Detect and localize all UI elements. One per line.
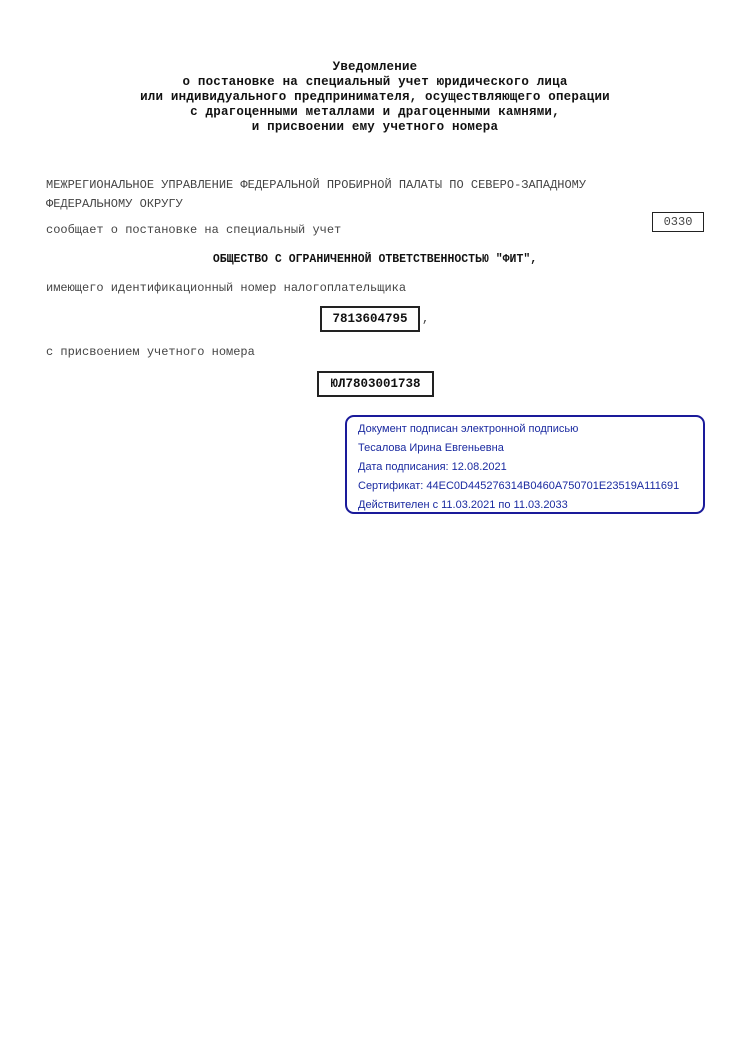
title-line: с драгоценными металлами и драгоценными … bbox=[0, 105, 750, 120]
company-name: ОБЩЕСТВО С ОГРАНИЧЕННОЙ ОТВЕТСТВЕННОСТЬЮ… bbox=[0, 253, 750, 266]
signature-heading: Документ подписан электронной подписью bbox=[358, 420, 703, 439]
signature-certificate: Сертификат: 44EC0D445276314B0460A750701E… bbox=[358, 477, 703, 496]
document-page: Уведомление о постановке на специальный … bbox=[0, 0, 750, 1060]
inn-suffix: , bbox=[422, 312, 429, 326]
notice-title: Уведомление о постановке на специальный … bbox=[0, 60, 750, 135]
title-line: и присвоении ему учетного номера bbox=[0, 120, 750, 135]
inn-box: 7813604795 bbox=[320, 306, 420, 332]
signature-validity: Действителен с 11.03.2021 по 11.03.2033 bbox=[358, 496, 703, 515]
issuer-name-line: МЕЖРЕГИОНАЛЬНОЕ УПРАВЛЕНИЕ ФЕДЕРАЛЬНОЙ П… bbox=[46, 176, 666, 195]
company-name-text: ОБЩЕСТВО С ОГРАНИЧЕННОЙ ОТВЕТСТВЕННОСТЬЮ… bbox=[213, 253, 537, 266]
signature-date: Дата подписания: 12.08.2021 bbox=[358, 458, 703, 477]
issuer-code-box: 0330 bbox=[652, 212, 704, 232]
issuer-name-line: ФЕДЕРАЛЬНОМУ ОКРУГУ bbox=[46, 195, 666, 214]
signature-signer: Тесалова Ирина Евгеньевна bbox=[358, 439, 703, 458]
title-line: о постановке на специальный учет юридиче… bbox=[0, 75, 750, 90]
account-label: с присвоением учетного номера bbox=[46, 345, 255, 359]
title-line: Уведомление bbox=[0, 60, 750, 75]
electronic-signature-stamp: Документ подписан электронной подписью Т… bbox=[345, 415, 705, 514]
issuer-name: МЕЖРЕГИОНАЛЬНОЕ УПРАВЛЕНИЕ ФЕДЕРАЛЬНОЙ П… bbox=[46, 176, 666, 214]
title-line: или индивидуального предпринимателя, осу… bbox=[0, 90, 750, 105]
inn-label: имеющего идентификационный номер налогоп… bbox=[46, 281, 406, 295]
reports-text: сообщает о постановке на специальный уче… bbox=[46, 223, 341, 237]
account-number-box: ЮЛ7803001738 bbox=[317, 371, 434, 397]
